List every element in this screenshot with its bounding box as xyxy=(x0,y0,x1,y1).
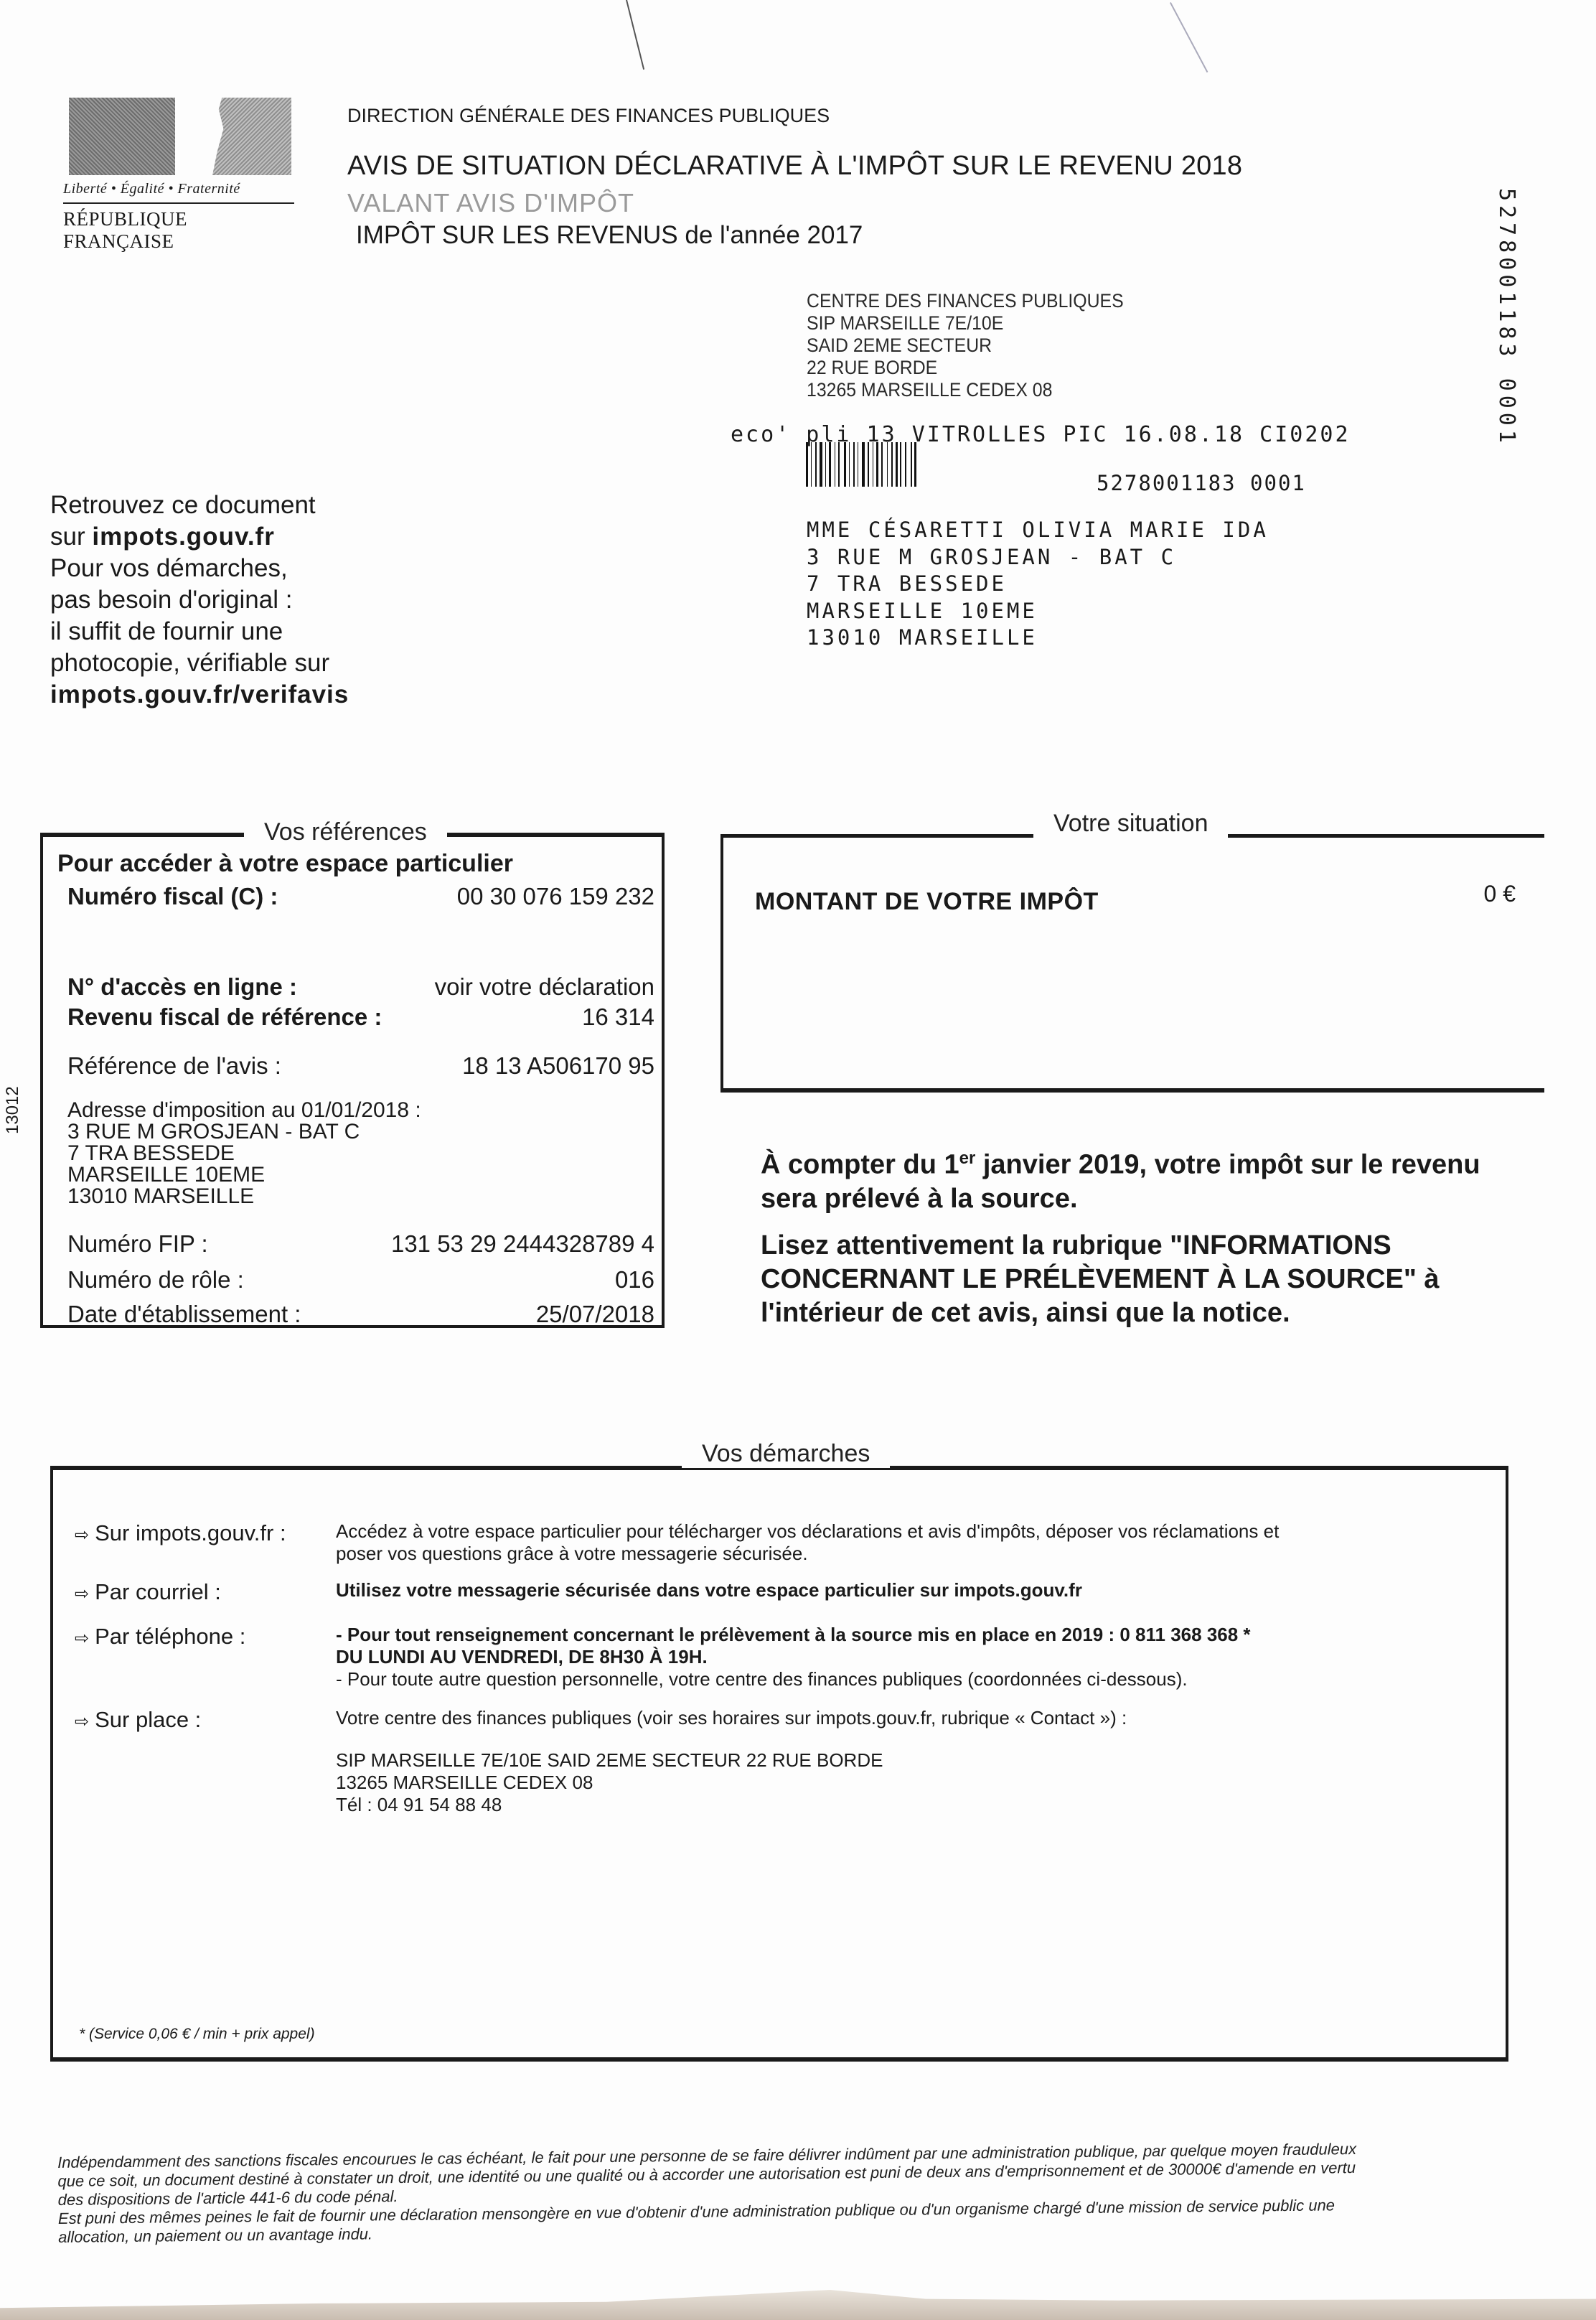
procedure-label-text: Sur impots.gouv.fr : xyxy=(95,1520,286,1546)
recipient-line: MME CÉSARETTI OLIVIA MARIE IDA xyxy=(807,517,1269,544)
fold-crease xyxy=(626,0,644,70)
sender-line: 22 RUE BORDE xyxy=(807,357,1124,379)
logo-divider xyxy=(63,202,294,204)
sender-line: CENTRE DES FINANCES PUBLIQUES xyxy=(807,290,1124,312)
text-line: 13265 MARSEILLE CEDEX 08 xyxy=(336,1772,1127,1794)
notice-text: Retrouvez ce document xyxy=(50,490,349,521)
situation-title: Votre situation xyxy=(1033,810,1228,838)
situation-box: MONTANT DE VOTRE IMPÔT 0 € xyxy=(720,834,1544,1093)
phone-cost-footnote: * (Service 0,06 € / min + prix appel) xyxy=(79,2026,315,2043)
procedure-text: Votre centre des finances publiques (voi… xyxy=(336,1707,1127,1816)
procedure-text: Accédez à votre espace particulier pour … xyxy=(336,1520,1279,1565)
spacer xyxy=(336,1729,1127,1749)
ref-label: Numéro de rôle : xyxy=(67,1266,244,1294)
text-line: Accédez à votre espace particulier pour … xyxy=(336,1520,1279,1543)
legal-notice: Indépendamment des sanctions fiscales en… xyxy=(57,2138,1579,2247)
marianne-icon xyxy=(69,98,291,175)
procedure-label: ⇨Sur place : xyxy=(75,1707,336,1816)
ref-row-rfr: Revenu fiscal de référence : 16 314 xyxy=(67,1004,654,1031)
procedure-in-person: ⇨Sur place : Votre centre des finances p… xyxy=(75,1707,1491,1816)
address-line: 3 RUE M GROSJEAN - BAT C xyxy=(67,1121,421,1143)
notice-text: il suffit de fournir une xyxy=(50,616,349,647)
procedure-label: ⇨Par téléphone : xyxy=(75,1624,336,1690)
procedure-online: ⇨Sur impots.gouv.fr : Accédez à votre es… xyxy=(75,1520,1491,1565)
side-code: 13012 xyxy=(3,1086,23,1134)
procedures-title: Vos démarches xyxy=(682,1440,890,1468)
withholding-text-part: À compter du 1 xyxy=(761,1150,959,1180)
sender-line: 13265 MARSEILLE CEDEX 08 xyxy=(807,379,1124,401)
recipient-line: 7 TRA BESSEDE xyxy=(807,571,1269,598)
ref-label: Adresse d'imposition au 01/01/2018 : xyxy=(67,1100,421,1121)
text-line: poser vos questions grâce à votre messag… xyxy=(336,1543,1279,1565)
procedures-box: ⇨Sur impots.gouv.fr : Accédez à votre es… xyxy=(50,1466,1508,2062)
ref-value: 016 xyxy=(615,1266,654,1294)
procedure-label-text: Sur place : xyxy=(95,1707,201,1733)
arrow-right-icon: ⇨ xyxy=(75,1711,89,1732)
tax-address: Adresse d'imposition au 01/01/2018 : 3 R… xyxy=(67,1100,421,1207)
text-line: SIP MARSEILLE 7E/10E SAID 2EME SECTEUR 2… xyxy=(336,1749,1127,1772)
ref-label: Numéro FIP : xyxy=(67,1230,208,1258)
ref-value: 16 314 xyxy=(582,1004,654,1031)
logo-country: RÉPUBLIQUE FRANÇAISE xyxy=(63,208,297,253)
ref-row-avis: Référence de l'avis : 18 13 A506170 95 xyxy=(67,1052,654,1080)
notice-text: Pour vos démarches, xyxy=(50,553,349,584)
arrow-right-icon: ⇨ xyxy=(75,1628,89,1649)
address-line: MARSEILLE 10EME xyxy=(67,1164,421,1186)
tax-year-line: IMPÔT SUR LES REVENUS de l'année 2017 xyxy=(356,221,863,250)
ref-row-date: Date d'établissement : 25/07/2018 xyxy=(67,1301,654,1328)
procedure-label: ⇨Sur impots.gouv.fr : xyxy=(75,1520,336,1565)
notice-text: sur xyxy=(50,523,92,551)
references-title: Vos références xyxy=(244,818,447,846)
notice-text: pas besoin d'original : xyxy=(50,584,349,616)
withholding-text: À compter du 1er janvier 2019, votre imp… xyxy=(761,1141,1536,1216)
torn-paper-edge xyxy=(0,2290,1596,2320)
text-line: - Pour tout renseignement concernant le … xyxy=(336,1624,1251,1646)
procedure-label-text: Par téléphone : xyxy=(95,1624,245,1650)
procedure-label: ⇨Par courriel : xyxy=(75,1579,336,1605)
tax-amount-value: 0 € xyxy=(1484,881,1516,907)
online-notice: Retrouvez ce document sur impots.gouv.fr… xyxy=(50,490,349,711)
ref-label: Numéro fiscal (C) : xyxy=(67,883,278,910)
sender-line: SIP MARSEILLE 7E/10E xyxy=(807,312,1124,335)
notice-text: photocopie, vérifiable sur xyxy=(50,647,349,679)
text-line: Tél : 04 91 54 88 48 xyxy=(336,1794,1127,1816)
ref-row-role: Numéro de rôle : 016 xyxy=(67,1266,654,1294)
republique-francaise-logo: Liberté • Égalité • Fraternité RÉPUBLIQU… xyxy=(63,92,297,235)
ref-row-fip: Numéro FIP : 131 53 29 2444328789 4 xyxy=(67,1230,654,1258)
address-line: 7 TRA BESSEDE xyxy=(67,1143,421,1164)
notice-text: sur impots.gouv.fr xyxy=(50,521,349,553)
ref-value: 00 30 076 159 232 xyxy=(457,883,654,910)
logo-motto: Liberté • Égalité • Fraternité xyxy=(63,181,297,197)
text-line: Votre centre des finances publiques (voi… xyxy=(336,1707,1127,1729)
references-heading: Pour accéder à votre espace particulier xyxy=(57,850,513,878)
procedure-text: - Pour tout renseignement concernant le … xyxy=(336,1624,1251,1690)
references-box: Pour accéder à votre espace particulier … xyxy=(40,833,665,1328)
sender-line: SAID 2EME SECTEUR xyxy=(807,335,1124,357)
procedure-label-text: Par courriel : xyxy=(95,1579,221,1605)
text-line: Utilisez votre messagerie sécurisée dans… xyxy=(336,1579,1082,1601)
ref-row-numero-fiscal: Numéro fiscal (C) : 00 30 076 159 232 xyxy=(67,883,654,910)
barcode-number: 5278001183 0001 xyxy=(1097,471,1306,495)
text-line: DU LUNDI AU VENDREDI, DE 8H30 À 19H. xyxy=(336,1646,1251,1668)
superscript: er xyxy=(959,1149,976,1168)
arrow-right-icon: ⇨ xyxy=(75,1525,89,1545)
address-line: 13010 MARSEILLE xyxy=(67,1186,421,1207)
document-title: AVIS DE SITUATION DÉCLARATIVE À L'IMPÔT … xyxy=(347,151,1242,182)
ref-label: N° d'accès en ligne : xyxy=(67,973,297,1001)
fold-crease xyxy=(1170,2,1208,72)
impots-link[interactable]: impots.gouv.fr xyxy=(92,523,274,551)
recipient-line: 3 RUE M GROSJEAN - BAT C xyxy=(807,544,1269,571)
ref-value: voir votre déclaration xyxy=(435,973,654,1001)
procedure-phone: ⇨Par téléphone : - Pour tout renseigneme… xyxy=(75,1624,1491,1690)
recipient-address: MME CÉSARETTI OLIVIA MARIE IDA 3 RUE M G… xyxy=(807,517,1269,652)
ref-label: Date d'établissement : xyxy=(67,1301,301,1328)
tax-amount-label: MONTANT DE VOTRE IMPÔT xyxy=(755,888,1099,916)
ref-label: Référence de l'avis : xyxy=(67,1052,281,1080)
ref-row-acces: N° d'accès en ligne : voir votre déclara… xyxy=(67,973,654,1001)
vertical-reference: 5278001183 0001 xyxy=(1494,188,1519,447)
ref-value: 25/07/2018 xyxy=(536,1301,654,1328)
recipient-line: MARSEILLE 10EME xyxy=(807,598,1269,625)
recipient-line: 13010 MARSEILLE xyxy=(807,625,1269,652)
procedure-email: ⇨Par courriel : Utilisez votre messageri… xyxy=(75,1579,1491,1605)
withholding-notice: À compter du 1er janvier 2019, votre imp… xyxy=(761,1141,1536,1343)
read-carefully-text: Lisez attentivement la rubrique "INFORMA… xyxy=(761,1229,1536,1330)
sender-address: CENTRE DES FINANCES PUBLIQUES SIP MARSEI… xyxy=(807,290,1124,401)
ref-value: 131 53 29 2444328789 4 xyxy=(391,1230,654,1258)
agency-name: DIRECTION GÉNÉRALE DES FINANCES PUBLIQUE… xyxy=(347,105,830,127)
barcode xyxy=(806,442,1056,487)
verifavis-link[interactable]: impots.gouv.fr/verifavis xyxy=(50,680,349,708)
arrow-right-icon: ⇨ xyxy=(75,1584,89,1604)
ref-value: 18 13 A506170 95 xyxy=(462,1052,654,1080)
text-line: - Pour toute autre question personnelle,… xyxy=(336,1668,1251,1690)
procedure-text: Utilisez votre messagerie sécurisée dans… xyxy=(336,1579,1082,1605)
document-subtitle: VALANT AVIS D'IMPÔT xyxy=(347,188,634,218)
ref-label: Revenu fiscal de référence : xyxy=(67,1004,382,1031)
